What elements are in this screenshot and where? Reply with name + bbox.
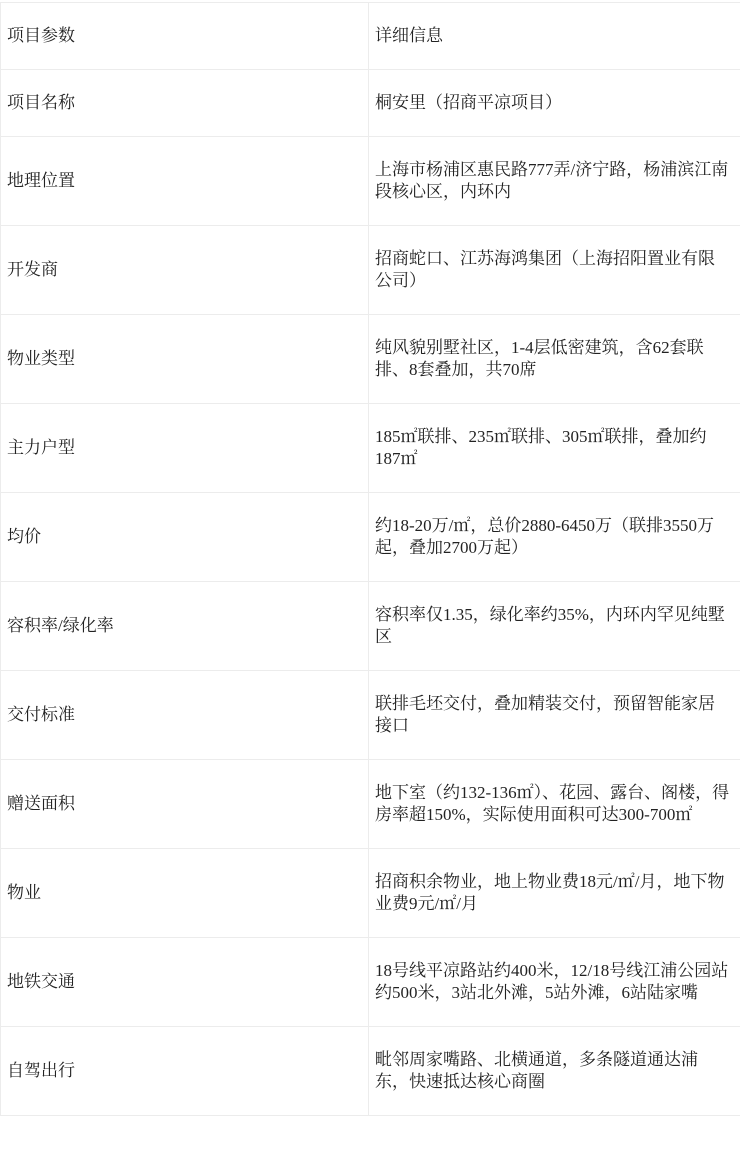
param-cell: 物业	[1, 849, 369, 938]
param-cell: 自驾出行	[1, 1027, 369, 1116]
value-cell: 毗邻周家嘴路、北横通道，多条隧道通达浦东，快速抵达核心商圈	[369, 1027, 740, 1116]
table-row: 交付标准 联排毛坯交付，叠加精装交付，预留智能家居接口	[1, 671, 740, 760]
param-header-cell: 项目参数	[1, 3, 369, 70]
value-cell: 桐安里（招商平凉项目）	[369, 70, 740, 137]
value-cell: 招商积余物业，地上物业费18元/㎡/月，地下物业费9元/㎡/月	[369, 849, 740, 938]
value-cell: 联排毛坯交付，叠加精装交付，预留智能家居接口	[369, 671, 740, 760]
table-row: 均价 约18-20万/㎡，总价2880-6450万（联排3550万起，叠加270…	[1, 493, 740, 582]
param-cell: 容积率/绿化率	[1, 582, 369, 671]
table-row: 地铁交通 18号线平凉路站约400米，12/18号线江浦公园站约500米，3站北…	[1, 938, 740, 1027]
table-row: 主力户型 185㎡联排、235㎡联排、305㎡联排，叠加约187㎡	[1, 404, 740, 493]
project-info-table: 项目参数 详细信息 项目名称 桐安里（招商平凉项目） 地理位置 上海市杨浦区惠民…	[0, 2, 740, 1116]
param-cell: 主力户型	[1, 404, 369, 493]
value-cell: 18号线平凉路站约400米，12/18号线江浦公园站约500米，3站北外滩，5站…	[369, 938, 740, 1027]
param-cell: 均价	[1, 493, 369, 582]
value-cell: 约18-20万/㎡，总价2880-6450万（联排3550万起，叠加2700万起…	[369, 493, 740, 582]
table-row: 物业 招商积余物业，地上物业费18元/㎡/月，地下物业费9元/㎡/月	[1, 849, 740, 938]
value-cell: 招商蛇口、江苏海鸿集团（上海招阳置业有限公司）	[369, 226, 740, 315]
param-cell: 赠送面积	[1, 760, 369, 849]
param-cell: 交付标准	[1, 671, 369, 760]
param-cell: 地理位置	[1, 137, 369, 226]
table-row: 开发商 招商蛇口、江苏海鸿集团（上海招阳置业有限公司）	[1, 226, 740, 315]
table-row: 物业类型 纯风貌别墅社区，1-4层低密建筑，含62套联排、8套叠加，共70席	[1, 315, 740, 404]
table-row: 容积率/绿化率 容积率仅1.35，绿化率约35%，内环内罕见纯墅区	[1, 582, 740, 671]
param-cell: 物业类型	[1, 315, 369, 404]
table-row: 自驾出行 毗邻周家嘴路、北横通道，多条隧道通达浦东，快速抵达核心商圈	[1, 1027, 740, 1116]
table-row: 赠送面积 地下室（约132-136㎡）、花园、露台、阁楼，得房率超150%，实际…	[1, 760, 740, 849]
table-row: 项目名称 桐安里（招商平凉项目）	[1, 70, 740, 137]
table-header-row: 项目参数 详细信息	[1, 3, 740, 70]
param-cell: 地铁交通	[1, 938, 369, 1027]
table-row: 地理位置 上海市杨浦区惠民路777弄/济宁路，杨浦滨江南段核心区，内环内	[1, 137, 740, 226]
value-cell: 容积率仅1.35，绿化率约35%，内环内罕见纯墅区	[369, 582, 740, 671]
value-cell: 上海市杨浦区惠民路777弄/济宁路，杨浦滨江南段核心区，内环内	[369, 137, 740, 226]
param-cell: 项目名称	[1, 70, 369, 137]
value-cell: 纯风貌别墅社区，1-4层低密建筑，含62套联排、8套叠加，共70席	[369, 315, 740, 404]
value-header-cell: 详细信息	[369, 3, 740, 70]
param-cell: 开发商	[1, 226, 369, 315]
value-cell: 185㎡联排、235㎡联排、305㎡联排，叠加约187㎡	[369, 404, 740, 493]
value-cell: 地下室（约132-136㎡）、花园、露台、阁楼，得房率超150%，实际使用面积可…	[369, 760, 740, 849]
